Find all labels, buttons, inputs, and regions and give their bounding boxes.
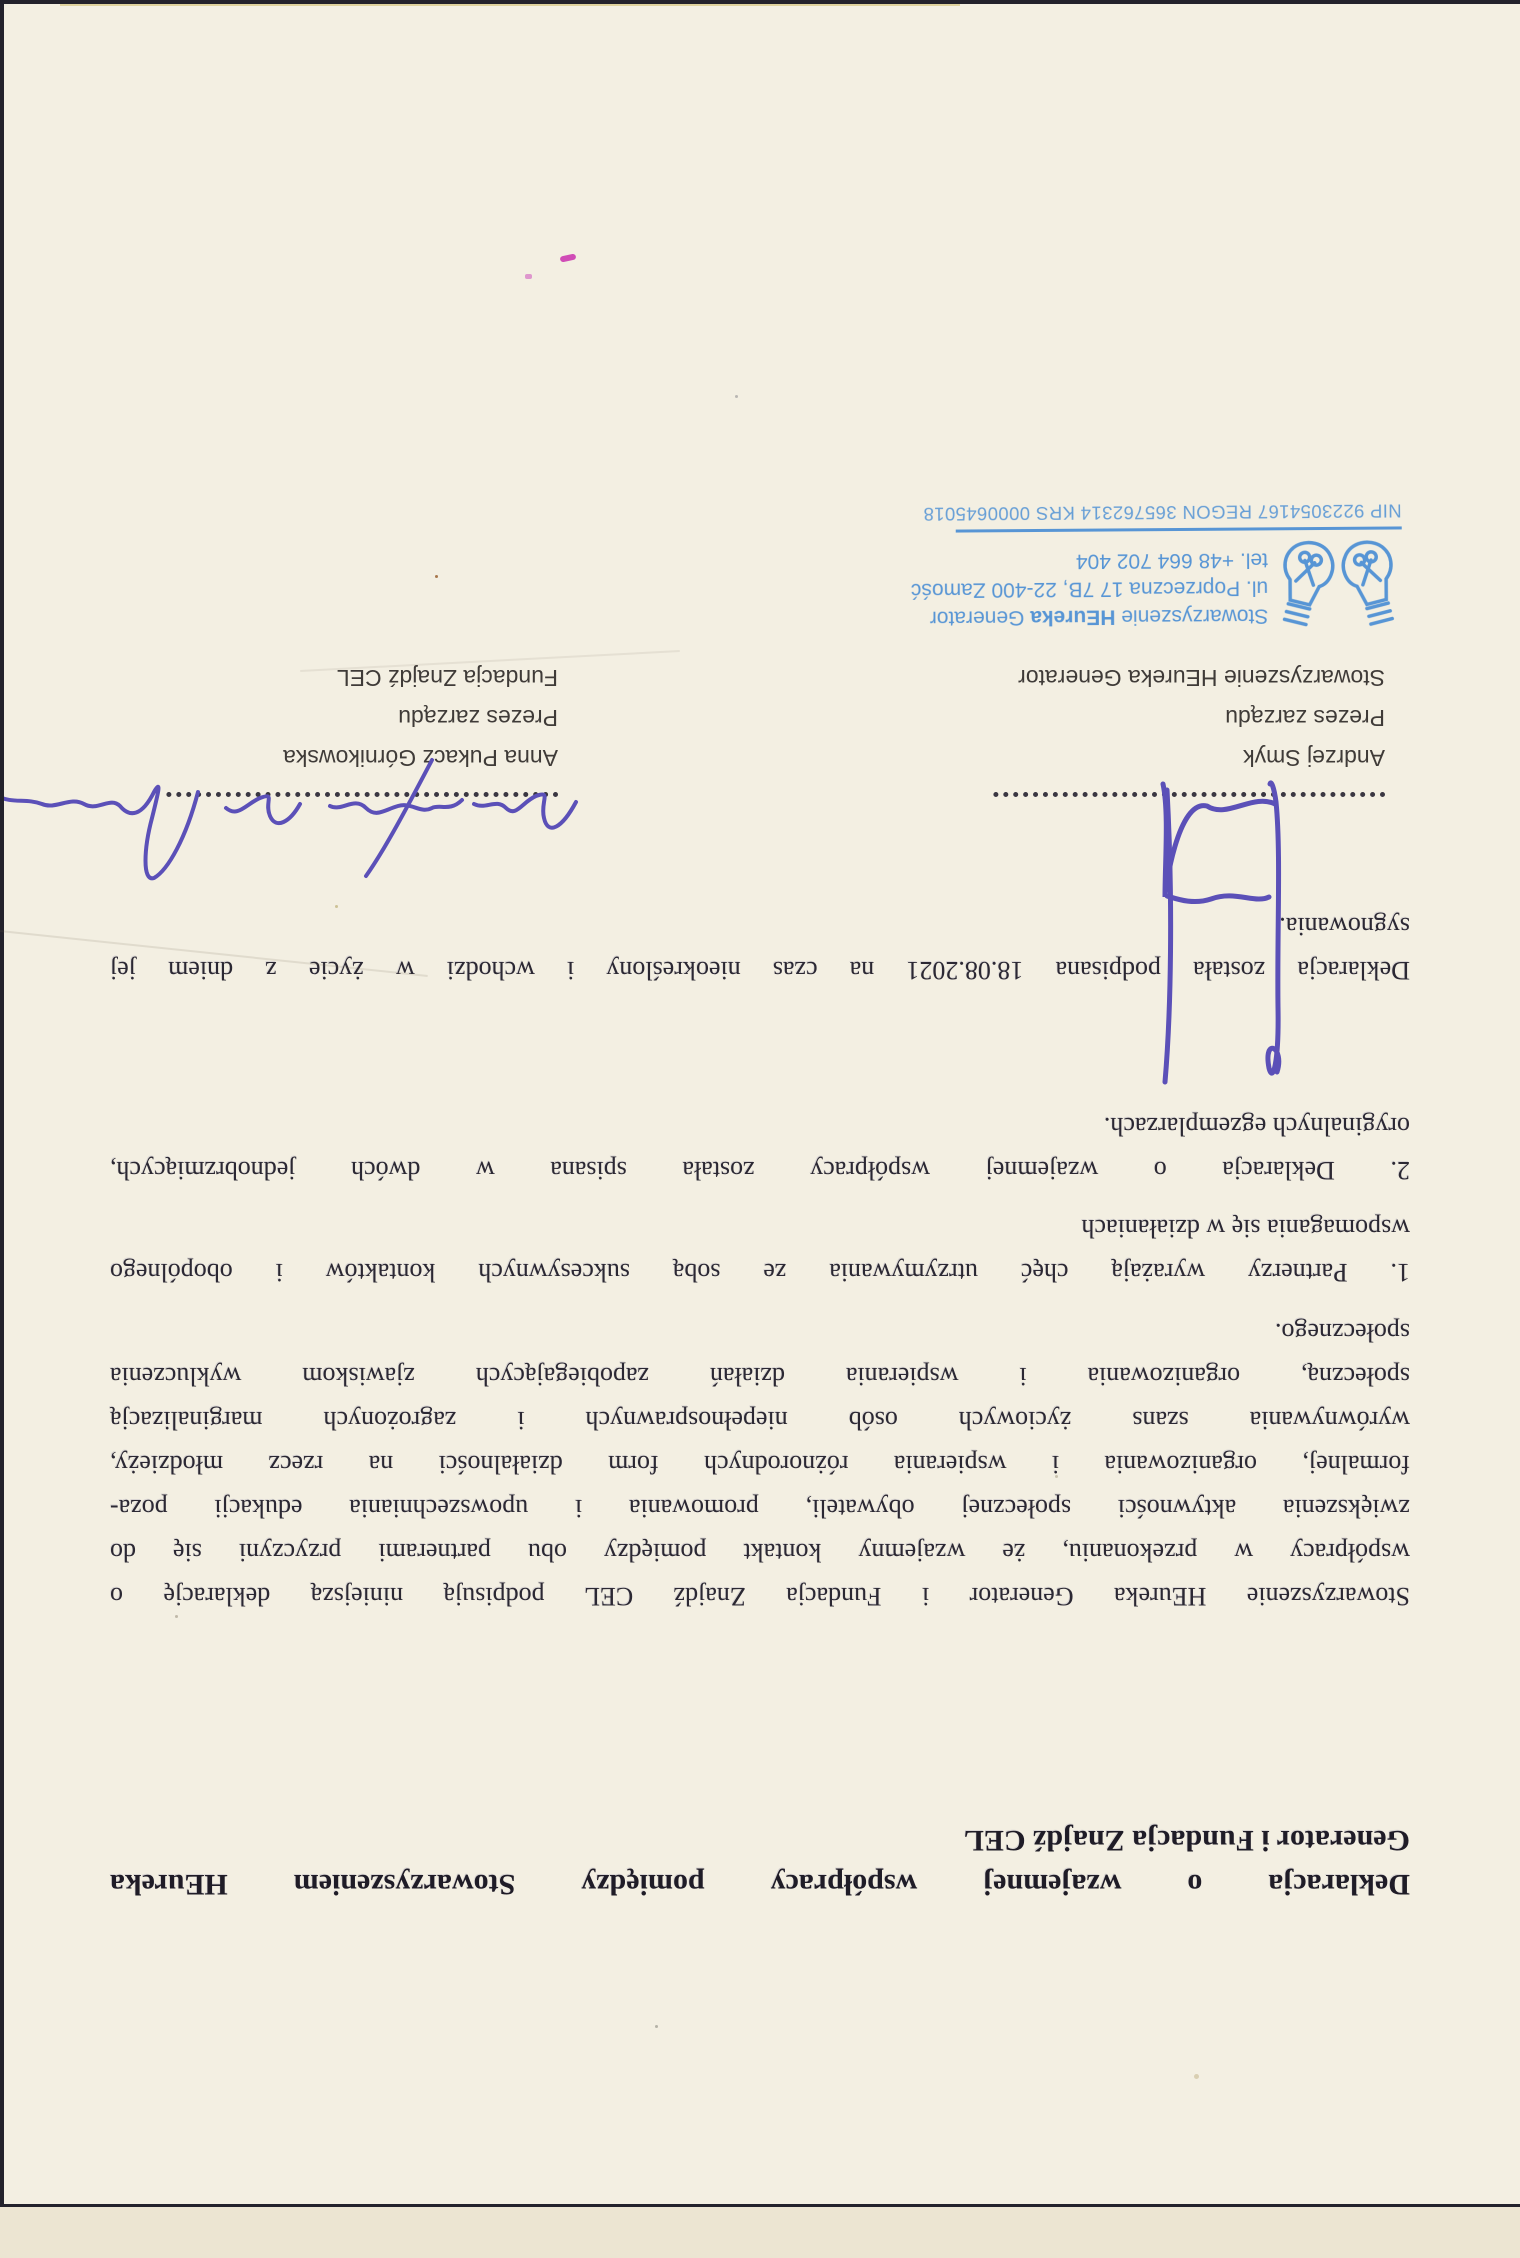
stamp-divider-line xyxy=(956,526,1402,532)
paragraph-line: Stowarzyszenie HEureka Generator i Funda… xyxy=(110,1574,1410,1618)
signer-org: Stowarzyszenie HEureka Generator xyxy=(993,658,1385,698)
handwritten-signature-anna xyxy=(0,753,582,888)
paragraph-line: formalnej, organizowania i wspierania ró… xyxy=(110,1442,1410,1486)
paragraph-line: zwiększenia aktywności społecznej obywat… xyxy=(110,1486,1410,1530)
paragraph-line: współpracy w przekonaniu, że wzajemny ko… xyxy=(110,1530,1410,1574)
title-line: Generator i Fundacja Znajdź CEL xyxy=(110,1818,1410,1862)
title-line: Deklaracja o wzajemnej współpracy pomięd… xyxy=(110,1862,1410,1906)
document-page: Deklaracja o wzajemnej współpracy pomięd… xyxy=(0,0,1520,2258)
lightbulb-icon xyxy=(1264,529,1346,633)
declaration-item-2: 2. Deklaracja o wzajemnej współpracy zos… xyxy=(110,1104,1410,1192)
signer-role: Prezes zarządu xyxy=(166,698,558,738)
organization-stamp: Stowarzyszenie HEureka Generator ul. Pop… xyxy=(956,499,1403,633)
stamp-bulb-icons xyxy=(1274,534,1403,631)
scanner-background xyxy=(0,2207,1520,2258)
scan-edge-left xyxy=(0,0,4,2210)
stamp-org-line: Stowarzyszenie HEureka Generator xyxy=(911,601,1268,631)
paragraph-line: wyrównywania szans życiowych osób niepeł… xyxy=(110,1398,1410,1442)
stamp-phone: tel. +48 664 702 404 xyxy=(911,545,1268,575)
signer-org: Fundacja Znajdź CEL xyxy=(166,658,558,698)
paragraph-line: 2. Deklaracja o wzajemnej współpracy zos… xyxy=(110,1148,1410,1192)
scan-edge-tint xyxy=(60,4,960,6)
stamp-address: ul. Poprzeczna 17 7B, 22-400 Zamość xyxy=(911,573,1268,603)
pink-ink-mark xyxy=(525,274,532,279)
stamp-registry-numbers: NIP 9223054167 REGON 365762314 KRS 00006… xyxy=(956,499,1402,524)
intro-paragraph: Stowarzyszenie HEureka Generator i Funda… xyxy=(110,1310,1410,1618)
paragraph-line: społeczną, organizowania i wspierania dz… xyxy=(110,1354,1410,1398)
scanned-document: Deklaracja o wzajemnej współpracy pomięd… xyxy=(0,0,1520,2258)
document-title: Deklaracja o wzajemnej współpracy pomięd… xyxy=(110,1818,1410,1906)
paragraph-line: 1. Partnerzy wyrażają chęć utrzymywania … xyxy=(110,1250,1410,1294)
declaration-item-1: 1. Partnerzy wyrażają chęć utrzymywania … xyxy=(110,1206,1410,1294)
paragraph-line: społecznego. xyxy=(110,1310,1410,1354)
handwritten-signature-andrzej xyxy=(1015,767,1315,1102)
paragraph-line: oryginalnych egzemplarzach. xyxy=(110,1104,1410,1148)
paragraph-line: wspomagania się w działaniach xyxy=(110,1206,1410,1250)
paper-specks xyxy=(435,575,438,578)
signer-role: Prezes zarządu xyxy=(993,698,1385,738)
